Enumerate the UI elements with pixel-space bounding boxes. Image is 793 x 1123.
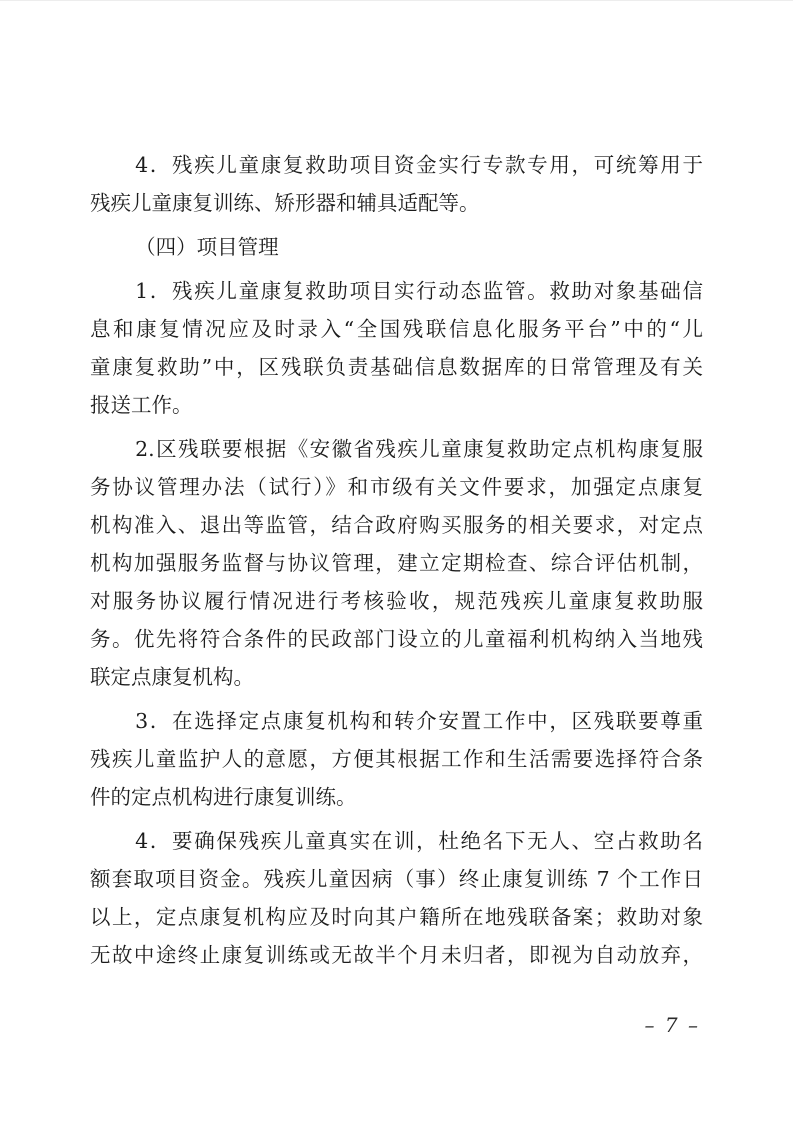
text-line: 童康复救助”中，区残联负责基础信息数据库的日常管理及有关 <box>90 348 703 386</box>
text-line: 3．在选择定点康复机构和转介安置工作中，区残联要尊重 <box>90 702 703 740</box>
text-line: 务协议管理办法（试行）》和市级有关文件要求，加强定点康复 <box>90 468 703 506</box>
paragraph-item-4-attendance: 4．要确保残疾儿童真实在训，杜绝名下无人、空占救助名 额套取项目资金。残疾儿童因… <box>90 822 703 974</box>
document-body: 4．残疾儿童康复救助项目资金实行专款专用，可统筹用于 残疾儿童康复训练、矫形器和… <box>90 146 703 974</box>
text-line: 联定点康复机构。 <box>90 658 703 696</box>
text-line: 机构准入、退出等监管，结合政府购买服务的相关要求，对定点 <box>90 506 703 544</box>
paragraph-item-3-choice: 3．在选择定点康复机构和转介安置工作中，区残联要尊重 残疾儿童监护人的意愿，方便… <box>90 702 703 816</box>
text-line: 机构加强服务监督与协议管理，建立定期检查、综合评估机制， <box>90 544 703 582</box>
document-page: 4．残疾儿童康复救助项目资金实行专款专用，可统筹用于 残疾儿童康复训练、矫形器和… <box>0 0 793 1123</box>
text-line: 对服务协议履行情况进行考核验收，规范残疾儿童康复救助服 <box>90 582 703 620</box>
paragraph-item-4-funds: 4．残疾儿童康复救助项目资金实行专款专用，可统筹用于 残疾儿童康复训练、矫形器和… <box>90 146 703 222</box>
text-line: 以上，定点康复机构应及时向其户籍所在地残联备案；救助对象 <box>90 898 703 936</box>
text-line: 务。优先将符合条件的民政部门设立的儿童福利机构纳入当地残 <box>90 620 703 658</box>
text-line: 件的定点机构进行康复训练。 <box>90 778 703 816</box>
text-line: 2.区残联要根据《安徽省残疾儿童康复救助定点机构康复服 <box>90 430 703 468</box>
text-line: 残疾儿童康复训练、矫形器和辅具适配等。 <box>90 184 703 222</box>
section-heading: （四）项目管理 <box>90 228 703 266</box>
paragraph-section-heading: （四）项目管理 <box>90 228 703 266</box>
paragraph-item-2-institutions: 2.区残联要根据《安徽省残疾儿童康复救助定点机构康复服 务协议管理办法（试行）》… <box>90 430 703 696</box>
text-line: 报送工作。 <box>90 386 703 424</box>
text-line: 息和康复情况应及时录入“全国残联信息化服务平台”中的“儿 <box>90 310 703 348</box>
text-line: 4．残疾儿童康复救助项目资金实行专款专用，可统筹用于 <box>90 146 703 184</box>
text-line: 4．要确保残疾儿童真实在训，杜绝名下无人、空占救助名 <box>90 822 703 860</box>
text-line: 残疾儿童监护人的意愿，方便其根据工作和生活需要选择符合条 <box>90 740 703 778</box>
text-line: 额套取项目资金。残疾儿童因病（事）终止康复训练 7 个工作日 <box>90 860 703 898</box>
text-line: 无故中途终止康复训练或无故半个月未归者，即视为自动放弃， <box>90 936 703 974</box>
page-number: – 7 – <box>645 1013 700 1037</box>
paragraph-item-1-supervision: 1．残疾儿童康复救助项目实行动态监管。救助对象基础信 息和康复情况应及时录入“全… <box>90 272 703 424</box>
text-line: 1．残疾儿童康复救助项目实行动态监管。救助对象基础信 <box>90 272 703 310</box>
